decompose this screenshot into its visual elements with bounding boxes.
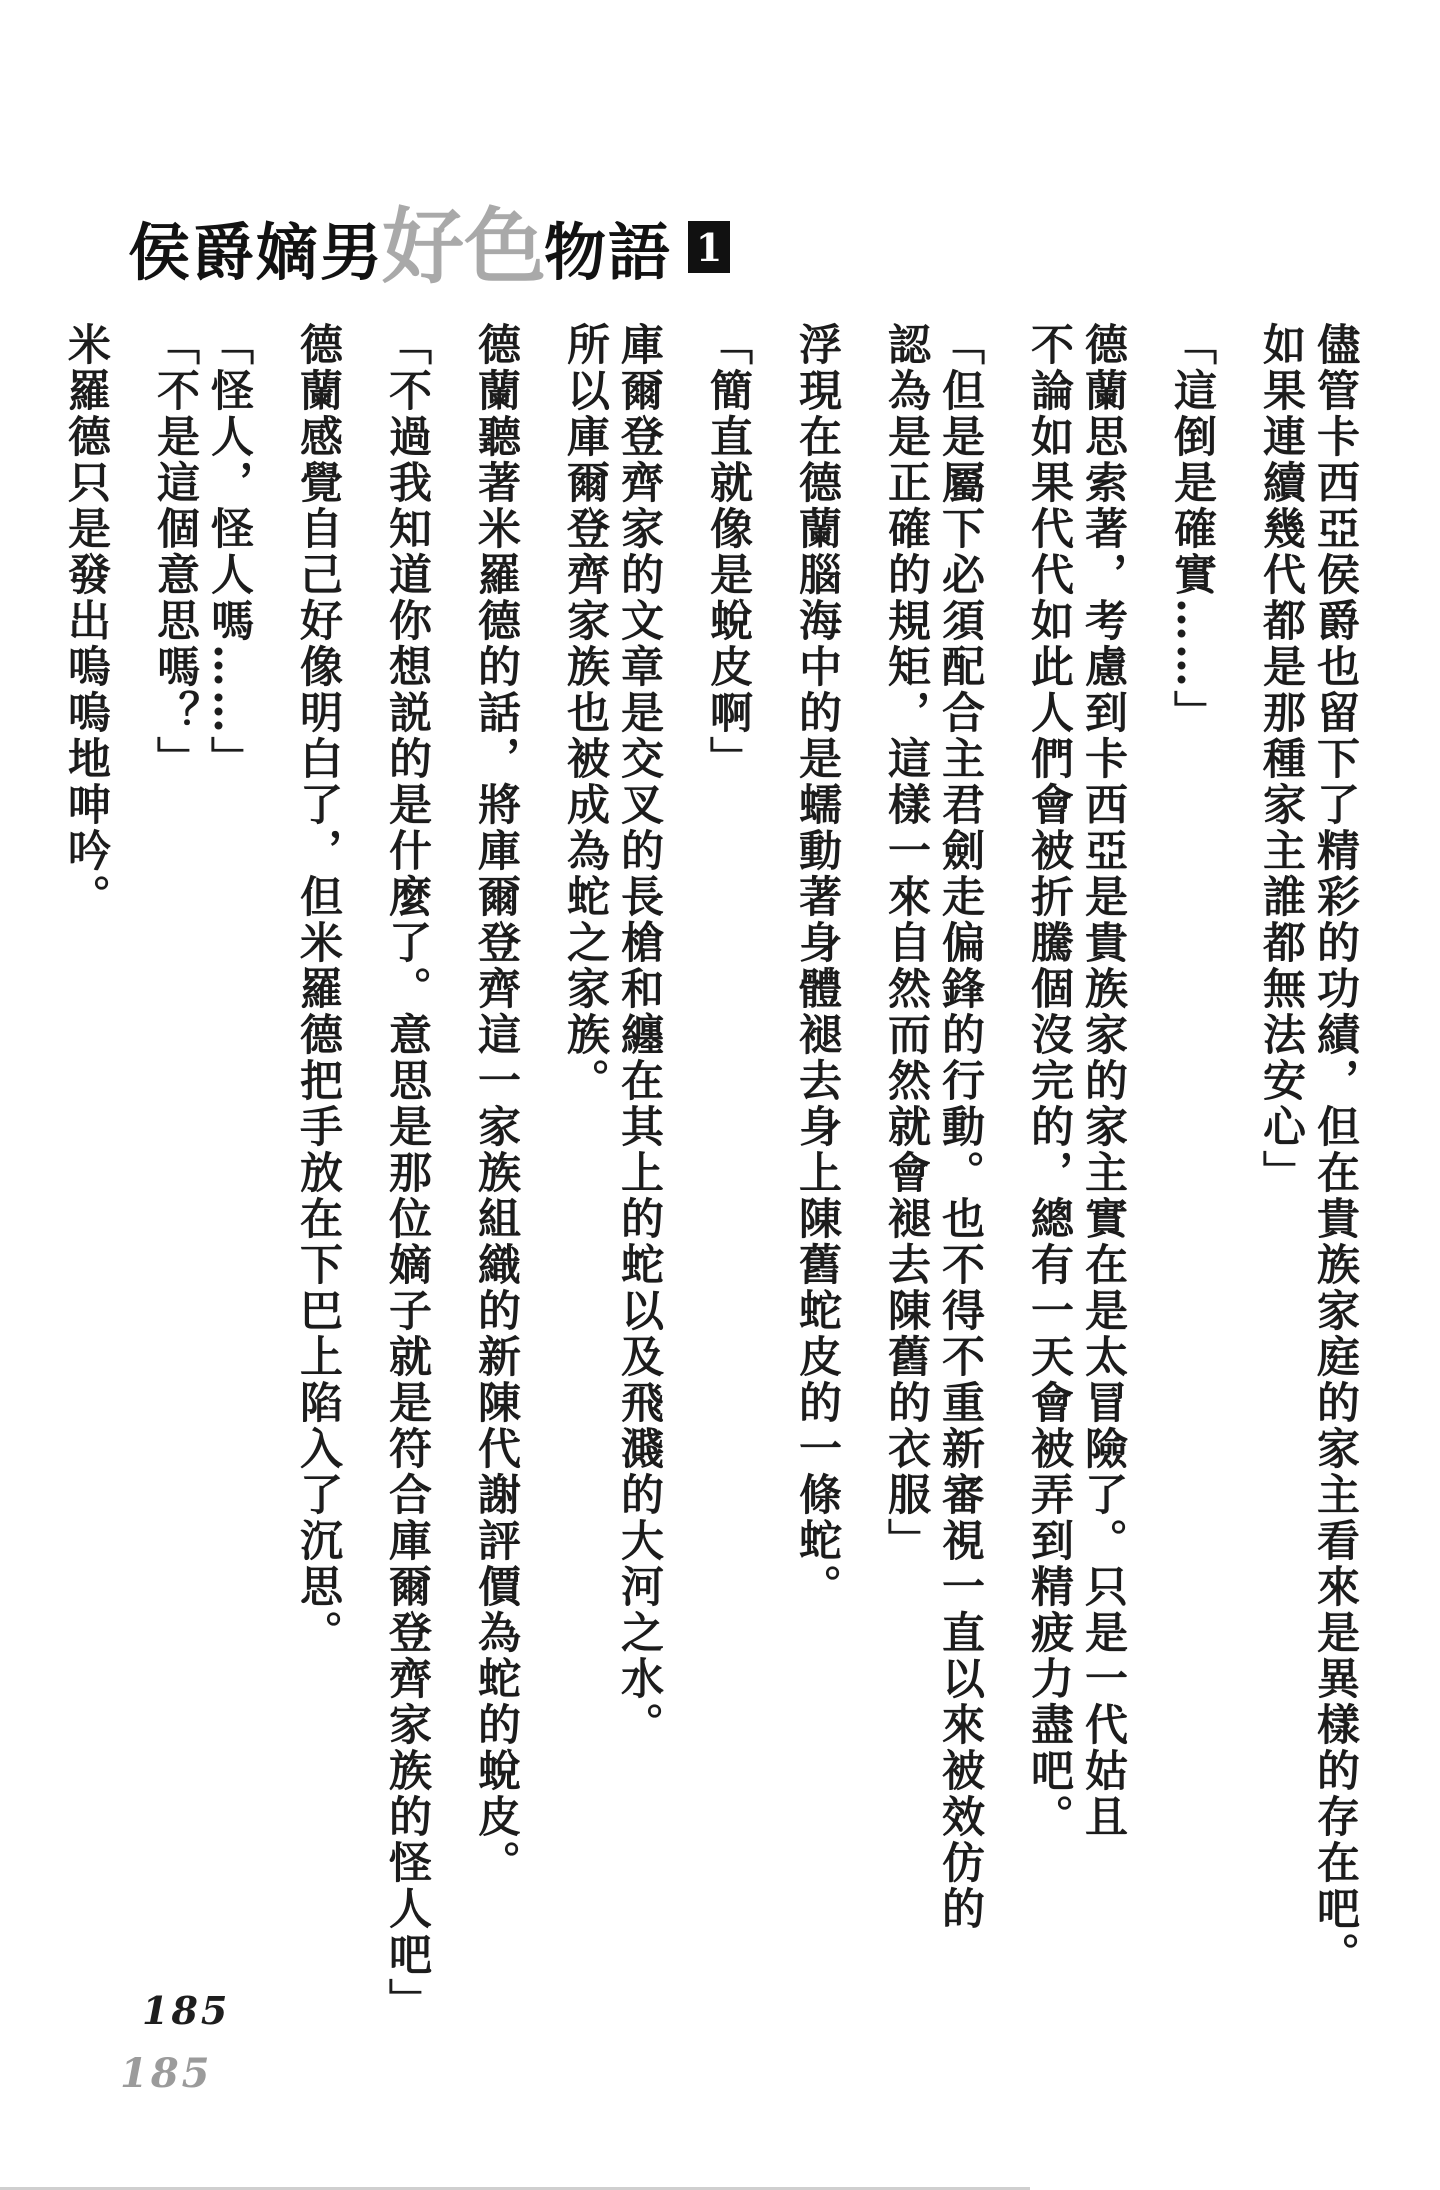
- text-column: 「不過我知道你想説的是什麼了。意思是那位嫡子就是符合庫爾登齊家族的怪人吧」: [385, 322, 428, 2112]
- text-column: 米羅德只是發出嗚嗚地呻吟。: [64, 322, 107, 2112]
- text-column: 不論如果代代如此人們會被折騰個沒完的，總有一天會被弄到精疲力盡吧。: [1027, 322, 1070, 2112]
- text-column: 「這倒是確實……」: [1170, 322, 1213, 2112]
- text-column: 所以庫爾登齊家族也被成為蛇之家族。: [563, 322, 606, 2112]
- title-text-right: 物語: [544, 203, 672, 292]
- text-column: 儘管卡西亞侯爵也留下了精彩的功績，但在貴族家庭的家主看來是異樣的存在吧。: [1313, 322, 1356, 2112]
- book-page: 侯爵嫡男 好色 物語 1 儘管卡西亞侯爵也留下了精彩的功績，但在貴族家庭的家主看…: [0, 0, 1440, 2190]
- volume-badge: 1: [688, 221, 730, 273]
- page-number-ghost: 185: [120, 2050, 213, 2097]
- text-column: 庫爾登齊家的文章是交叉的長槍和纏在其上的蛇以及飛濺的大河之水。: [617, 322, 660, 2112]
- text-column: 如果連續幾代都是那種家主誰都無法安心」: [1259, 322, 1302, 2112]
- text-column: 「但是屬下必須配合主君劍走偏鋒的行動。也不得不重新審視一直以來被效仿的: [938, 322, 981, 2112]
- text-column: 浮現在德蘭腦海中的是蠕動著身體褪去身上陳舊蛇皮的一條蛇。: [795, 322, 838, 2112]
- title-text-left: 侯爵嫡男: [128, 203, 384, 292]
- text-column: 德蘭感覺自己好像明白了，但米羅德把手放在下巴上陷入了沉思。: [296, 322, 339, 2112]
- text-column: 德蘭思索著，考慮到卡西亞是貴族家的家主實在是太冒險了。只是一代姑且: [1081, 322, 1124, 2112]
- volume-number: 1: [696, 225, 722, 270]
- page-title: 侯爵嫡男 好色 物語 1: [128, 204, 730, 290]
- text-column: 「簡直就像是蛻皮啊」: [706, 322, 749, 2112]
- text-column: 認為是正確的規矩，這樣一來自然而然就會褪去陳舊的衣服」: [884, 322, 927, 2112]
- body-text: 儘管卡西亞侯爵也留下了精彩的功績，但在貴族家庭的家主看來是異樣的存在吧。 如果連…: [64, 322, 1356, 2112]
- text-column: 「不是這個意思嗎？」: [153, 322, 196, 2112]
- page-number: 185: [142, 1988, 230, 2033]
- text-column: 德蘭聽著米羅德的話，將庫爾登齊這一家族組織的新陳代謝評價為蛇的蛻皮。: [474, 322, 517, 2112]
- text-column: 「怪人，怪人嗎……」: [207, 322, 250, 2112]
- title-text-highlight: 好色: [382, 206, 546, 288]
